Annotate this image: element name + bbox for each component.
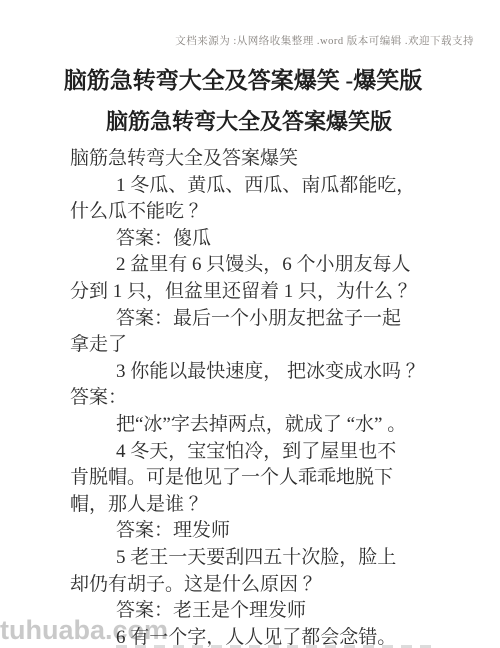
- body-line: 脑筋急转弯大全及答案爆笑: [70, 146, 450, 173]
- page-title: 脑筋急转弯大全及答案爆笑 -爆笑版: [0, 62, 486, 95]
- body-line: 答案：傻瓜: [70, 226, 450, 253]
- document-page: 文档来源为 :从网络收集整理 .word 版本可编辑 .欢迎下载支持 脑筋急转弯…: [0, 0, 500, 648]
- body-line: 4 冬天，宝宝怕冷，到了屋里也不: [70, 439, 450, 466]
- body-line: 却仍有胡子。这是什么原因 ？: [70, 572, 450, 599]
- body-line: 1 冬瓜、黄瓜、西瓜、南瓜都能吃，: [70, 173, 450, 200]
- body-line: 2 盆里有 6 只馒头，6 个小朋友每人: [70, 252, 450, 279]
- body-line: 答案：老王是个理发师: [70, 598, 450, 625]
- document-source-note: 文档来源为 :从网络收集整理 .word 版本可编辑 .欢迎下载支持: [175, 33, 474, 48]
- body-text: 脑筋急转弯大全及答案爆笑1 冬瓜、黄瓜、西瓜、南瓜都能吃，什么瓜不能吃 ？答案：…: [70, 146, 450, 648]
- body-line: 3 你能以最快速度， 把冰变成水吗 ？: [70, 359, 450, 386]
- body-line: 什么瓜不能吃 ？: [70, 199, 450, 226]
- body-line: 拿走了: [70, 332, 450, 359]
- body-line: 分到 1 只，但盆里还留着 1 只，为什么 ？: [70, 279, 450, 306]
- body-line: 答案：: [70, 385, 450, 412]
- body-line: 答案：理发师: [70, 518, 450, 545]
- body-line: 肯脱帽。可是他见了一个人乖乖地脱下: [70, 465, 450, 492]
- page-subtitle: 脑筋急转弯大全及答案爆笑版: [0, 105, 498, 136]
- body-line: 5 老王一天要刮四五十次脸，脸上: [70, 545, 450, 572]
- body-line: 帽，那人是谁 ？: [70, 492, 450, 519]
- body-line: 把“冰”字去掉两点，就成了 “水” 。: [70, 412, 450, 439]
- body-line: 答案：最后一个小朋友把盆子一起: [70, 306, 450, 333]
